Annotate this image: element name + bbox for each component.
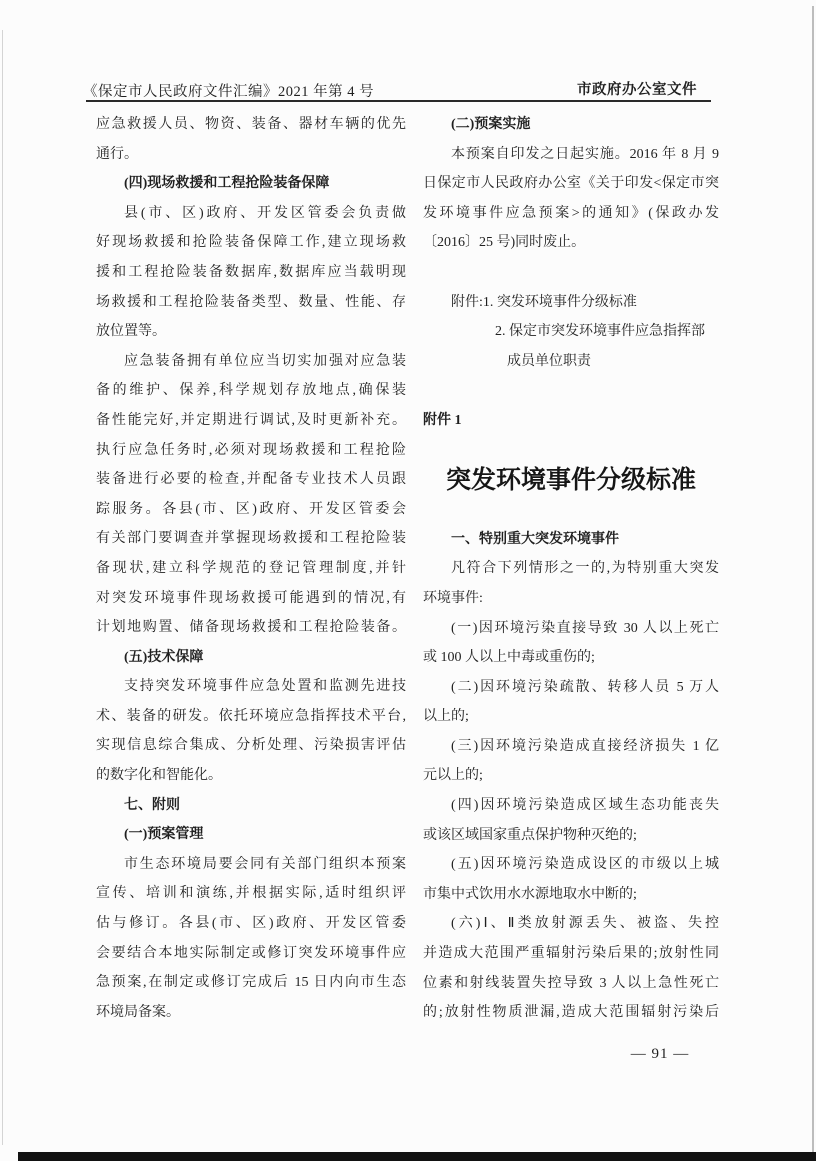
text-line: 宣传、培训和演练,并根据实际,适时组织评 xyxy=(96,879,406,909)
attachment-item-2-continued: 成员单位职责 xyxy=(423,347,719,377)
text-line: 发环境事件应急预案>的通知》(保政办发 xyxy=(423,199,719,229)
scan-edge-right xyxy=(812,6,814,1161)
text-line: 备现状,建立科学规范的登记管理制度,并针 xyxy=(96,554,406,584)
annex-label: 附件 1 xyxy=(423,406,719,436)
header-publication-title: 《保定市人民政府文件汇编》2021 年第 4 号 xyxy=(83,80,374,101)
annex-title: 突发环境事件分级标准 xyxy=(423,465,719,495)
text-line: 好现场救援和抢险装备保障工作,建立现场救 xyxy=(96,228,406,258)
text-line: 位素和射线装置失控导致 3 人以上急性死亡 xyxy=(423,969,719,999)
text-line: 应急装备拥有单位应当切实加强对应急装 xyxy=(96,347,406,377)
text-line: 环境局备案。 xyxy=(96,998,406,1028)
text-line: 并造成大范围严重辐射污染后果的;放射性同 xyxy=(423,939,719,969)
heading-extraordinary-events: 一、特别重大突发环境事件 xyxy=(423,525,719,555)
text-line: 实现信息综合集成、分析处理、污染损害评估 xyxy=(96,731,406,761)
heading-plan-implementation: (二)预案实施 xyxy=(423,110,719,140)
text-line: 计划地购置、储备现场救援和工程抢险装备。 xyxy=(96,613,406,643)
header-rule xyxy=(86,100,711,102)
text-line: 备性能完好,并定期进行调试,及时更新补充。 xyxy=(96,406,406,436)
text-line: 备的维护、保养,科学规划存放地点,确保装 xyxy=(96,376,406,406)
text-line: 以上的; xyxy=(423,702,719,732)
text-line: 凡符合下列情形之一的,为特别重大突发 xyxy=(423,554,719,584)
text-line: 执行应急任务时,必须对现场救援和工程抢险 xyxy=(96,436,406,466)
document-page: 《保定市人民政府文件汇编》2021 年第 4 号 市政府办公室文件 应急救援人员… xyxy=(0,0,816,1161)
text-line: 有关部门要调查并掌握现场救援和工程抢险装 xyxy=(96,524,406,554)
heading-supplementary-provisions: 七、附则 xyxy=(96,791,406,821)
text-line: 环境事件: xyxy=(423,584,719,614)
text-line: 估与修订。各县(市、区)政府、开发区管委 xyxy=(96,909,406,939)
section-extraordinary-events: 一、特别重大突发环境事件凡符合下列情形之一的,为特别重大突发环境事件:(一)因环… xyxy=(423,525,719,1028)
left-column: 应急救援人员、物资、装备、器材车辆的优先通行。(四)现场救援和工程抢险装备保障县… xyxy=(96,110,406,1027)
text-line: (二)因环境污染疏散、转移人员 5 万人 xyxy=(423,673,719,703)
text-line: 放位置等。 xyxy=(96,317,406,347)
text-line: (一)因环境污染直接导致 30 人以上死亡 xyxy=(423,614,719,644)
heading-technical-support: (五)技术保障 xyxy=(96,643,406,673)
attachments-list: 附件:1. 突发环境事件分级标准2. 保定市突发环境事件应急指挥部成员单位职责 xyxy=(423,288,719,377)
text-line: 场救援和工程抢险装备类型、数量、性能、存 xyxy=(96,288,406,318)
page-number: — 91 — xyxy=(600,1046,720,1063)
scan-edge-left xyxy=(2,30,3,1145)
text-line: 日保定市人民政府办公室《关于印发<保定市突 xyxy=(423,169,719,199)
text-line: (六)Ⅰ、Ⅱ类放射源丢失、被盗、失控 xyxy=(423,909,719,939)
text-line: 援和工程抢险装备数据库,数据库应当载明现 xyxy=(96,258,406,288)
text-line: (五)因环境污染造成设区的市级以上城 xyxy=(423,850,719,880)
heading-onsite-rescue-equipment: (四)现场救援和工程抢险装备保障 xyxy=(96,169,406,199)
text-line: 或 100 人以上中毒或重伤的; xyxy=(423,643,719,673)
right-column: (二)预案实施本预案自印发之日起实施。2016 年 8 月 9日保定市人民政府办… xyxy=(423,110,719,1028)
scan-edge-bottom xyxy=(18,1152,816,1161)
text-line: 术、装备的研发。依托环境应急指挥技术平台, xyxy=(96,702,406,732)
text-line: 会要结合本地实际制定或修订突发环境事件应 xyxy=(96,939,406,969)
heading-plan-management: (一)预案管理 xyxy=(96,820,406,850)
text-line: 或该区域国家重点保护物种灭绝的; xyxy=(423,821,719,851)
text-line: 通行。 xyxy=(96,140,406,170)
attachment-item-2: 2. 保定市突发环境事件应急指挥部 xyxy=(423,317,719,347)
text-line: 急预案,在制定或修订完成后 15 日内向市生态 xyxy=(96,968,406,998)
text-line: (四)因环境污染造成区域生态功能丧失 xyxy=(423,791,719,821)
text-line: (三)因环境污染造成直接经济损失 1 亿 xyxy=(423,732,719,762)
text-line: 市生态环境局要会同有关部门组织本预案 xyxy=(96,850,406,880)
attachment-item-1: 附件:1. 突发环境事件分级标准 xyxy=(423,288,719,318)
text-line: 对突发环境事件现场救援可能遇到的情况,有 xyxy=(96,584,406,614)
text-line: 支持突发环境事件应急处置和监测先进技 xyxy=(96,672,406,702)
para-plan-implementation: (二)预案实施本预案自印发之日起实施。2016 年 8 月 9日保定市人民政府办… xyxy=(423,110,719,258)
text-line: 〔2016〕25 号)同时废止。 xyxy=(423,228,719,258)
text-line: 的;放射性物质泄漏,造成大范围辐射污染后 xyxy=(423,998,719,1028)
text-line: 元以上的; xyxy=(423,761,719,791)
text-line: 县(市、区)政府、开发区管委会负责做 xyxy=(96,199,406,229)
text-line: 的数字化和智能化。 xyxy=(96,761,406,791)
text-line: 市集中式饮用水水源地取水中断的; xyxy=(423,880,719,910)
header-doc-category: 市政府办公室文件 xyxy=(577,78,697,99)
text-line: 本预案自印发之日起实施。2016 年 8 月 9 xyxy=(423,140,719,170)
text-line: 应急救援人员、物资、装备、器材车辆的优先 xyxy=(96,110,406,140)
text-line: 装备进行必要的检查,并配备专业技术人员跟 xyxy=(96,465,406,495)
text-line: 踪服务。各县(市、区)政府、开发区管委会 xyxy=(96,495,406,525)
